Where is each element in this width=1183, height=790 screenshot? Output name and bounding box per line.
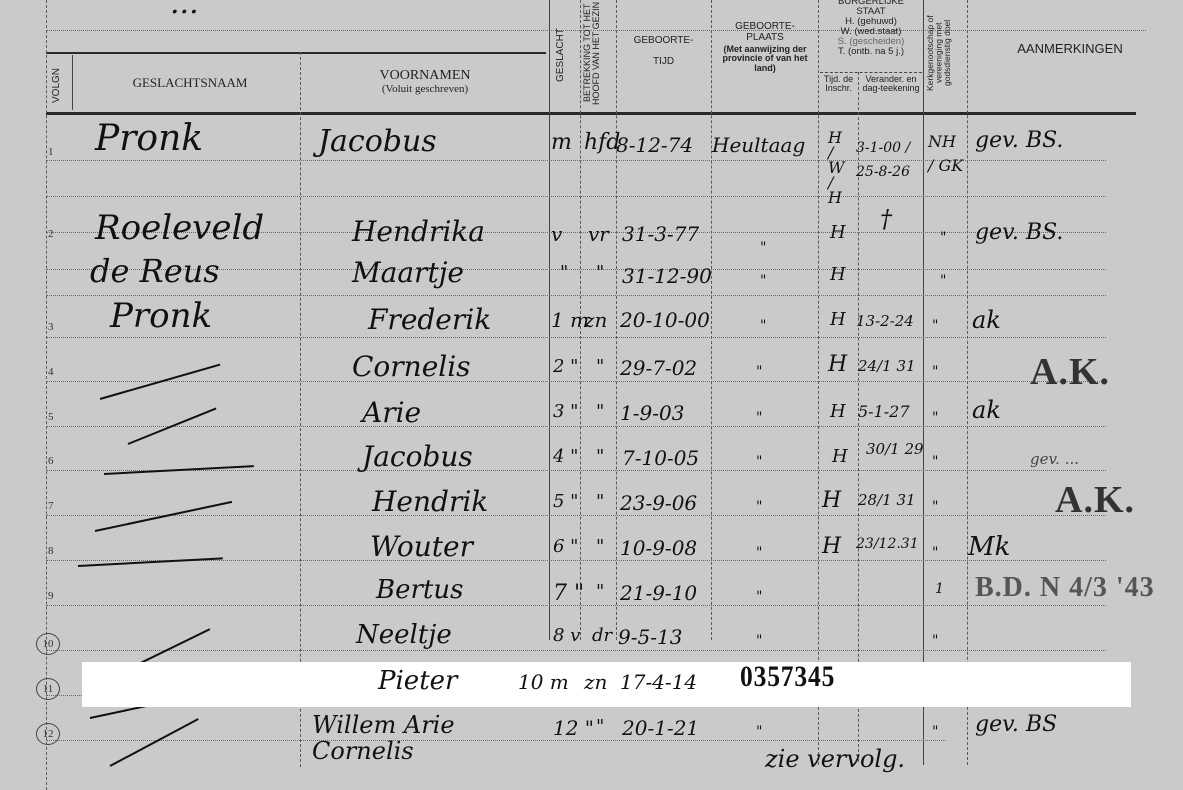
given-name: Jacobus <box>318 124 437 159</box>
col-line-relation <box>616 0 617 640</box>
civil-status-change-struck: † <box>880 205 892 233</box>
row-line <box>46 381 1106 382</box>
surname: de Reus <box>90 252 220 290</box>
relation: " <box>596 581 604 602</box>
col-line-volgn <box>72 55 73 110</box>
sex: 10 m <box>518 670 569 694</box>
birth-place-ditto: " <box>756 589 762 605</box>
ditto-stroke <box>78 557 223 567</box>
sex: 7 " <box>553 581 584 606</box>
header-given-names-sub: (Voluit geschreven) <box>320 84 530 96</box>
civil-status-change: 24/1 31 <box>858 357 916 375</box>
header-birthplace: GEBOORTE- PLAATS (Met aanwijzing der pro… <box>714 22 816 73</box>
given-name: Cornelis <box>352 350 471 383</box>
sex: 3 " <box>553 401 578 422</box>
row-line <box>46 650 1106 651</box>
church-ditto: " <box>932 454 938 470</box>
remarks: ak <box>972 396 1001 424</box>
header-sex: GESLACHT <box>556 20 566 90</box>
header-birthplace-sub: (Met aanwijzing der provincie of van het… <box>714 45 816 73</box>
row-number: 9 <box>48 590 54 602</box>
birth-place-ditto: " <box>756 499 762 515</box>
civil-status-change: 30/1 29 <box>866 440 924 458</box>
header-volgn: VOLGN <box>52 62 62 108</box>
birth-date: 21-9-10 <box>620 581 697 605</box>
given-name: Maartje <box>352 256 464 289</box>
church-ditto: " <box>932 724 938 740</box>
relation: " <box>596 716 604 737</box>
remarks: gev. BS. <box>975 220 1063 245</box>
row-number-circled: 12 <box>36 723 60 745</box>
row-number-circled: 10 <box>36 633 60 655</box>
church: 1 <box>935 581 944 597</box>
birth-date: 23-9-06 <box>620 491 697 515</box>
sex: v <box>551 222 562 246</box>
civil-status: H / W / H <box>828 130 852 205</box>
birth-place-ditto: " <box>760 240 766 256</box>
given-name: Bertus <box>376 575 463 605</box>
sex: 5 " <box>553 491 578 512</box>
row-line <box>46 515 1106 516</box>
civil-status: H <box>828 352 847 377</box>
church-ditto: " <box>932 499 938 515</box>
row-number: 6 <box>48 455 54 467</box>
header-birthdate-1: GEBOORTE- <box>616 36 711 47</box>
civil-status-change: 5-1-27 <box>858 402 910 421</box>
header-birthplace-2: PLAATS <box>714 33 816 44</box>
civil-status: H <box>832 446 848 467</box>
row-number: 7 <box>48 500 54 512</box>
stamp-bd: B.D. N 4/3 '43 <box>975 572 1155 604</box>
relation: zn <box>584 308 607 332</box>
church-ditto: " <box>932 545 938 561</box>
relation: dr <box>592 625 612 646</box>
remarks: ak <box>972 306 1001 334</box>
birth-place-ditto: " <box>760 318 766 334</box>
remarks: Mk <box>968 532 1010 562</box>
birth-date: 10-9-08 <box>620 536 697 560</box>
birth-place-ditto: " <box>756 724 762 740</box>
header-birthdate-2: TIJD <box>616 57 711 68</box>
sex: 6 " <box>553 536 578 557</box>
record-id: 0357345 <box>740 660 835 694</box>
remarks: gev. BS <box>975 712 1057 737</box>
sex: " <box>560 262 568 283</box>
given-name: Wouter <box>370 530 473 563</box>
birth-date: 31-3-77 <box>622 222 699 246</box>
birth-date: 29-7-02 <box>620 356 697 380</box>
given-name: Frederik <box>368 303 491 336</box>
header-remarks: AANMERKINGEN <box>970 42 1170 56</box>
surname: Roeleveld <box>95 208 264 248</box>
civil-status-change: 3-1-00 / 25-8-26 <box>856 136 926 184</box>
given-name: Neeltje <box>356 620 452 650</box>
civil-status-change: 28/1 31 <box>858 491 916 509</box>
row-line <box>46 470 1106 471</box>
birth-place: Heultaag <box>712 133 805 157</box>
given-name: Pieter <box>378 666 457 696</box>
header-church: Kerkgenootschap of vereeniging met godsd… <box>926 0 964 106</box>
ditto-stroke <box>110 718 199 767</box>
church-ditto: " <box>932 633 938 649</box>
row-number: 2 <box>48 228 54 240</box>
row-number-circled: 11 <box>36 678 60 700</box>
birth-date: 17-4-14 <box>620 670 697 694</box>
ditto-stroke <box>95 501 232 532</box>
header-given-names: VOORNAMEN (Voluit geschreven) <box>320 69 530 95</box>
row-number: 8 <box>48 545 54 557</box>
relation: " <box>596 491 604 512</box>
civil-status: H <box>822 488 841 513</box>
civil-status: H <box>830 222 846 243</box>
civil-status: H <box>830 309 846 330</box>
birth-date: 20-1-21 <box>622 716 699 740</box>
given-name: Hendrika <box>352 215 485 248</box>
header-birthdate: GEBOORTE- TIJD <box>616 36 711 67</box>
stamp-ak: A.K. <box>1030 350 1110 394</box>
sex: m <box>551 130 572 155</box>
row-number: 5 <box>48 411 54 423</box>
col-line-given <box>549 0 550 640</box>
header-bottom-rule <box>46 112 1136 115</box>
civil-status: H <box>830 401 846 422</box>
row-line <box>46 426 1106 427</box>
header-bs-tijd: Tijd. de Inschr. <box>820 75 857 94</box>
church: NH / GK <box>928 130 966 178</box>
remarks: gev. BS. <box>975 128 1063 153</box>
relation: " <box>596 262 604 283</box>
birth-date: 9-5-13 <box>618 625 682 649</box>
header-civil-status: BURGERLIJKE STAAT H. (gehuwd) W. (wed.st… <box>820 0 922 57</box>
remarks: gev. ... <box>1030 450 1079 468</box>
church-ditto: " <box>940 273 946 289</box>
row-number: 4 <box>48 366 54 378</box>
birth-place-ditto: " <box>756 633 762 649</box>
church-ditto: " <box>932 364 938 380</box>
relation: " <box>596 536 604 557</box>
header-bs-verander: Verander. en dag-teekening <box>860 75 922 94</box>
header-handwriting: ... <box>170 0 199 21</box>
birth-date: 1-9-03 <box>620 401 684 425</box>
birth-place-ditto: " <box>756 364 762 380</box>
civil-status: H <box>822 534 841 559</box>
relation: " <box>596 356 604 377</box>
given-name: Jacobus <box>362 440 473 473</box>
civil-status: H <box>830 264 846 285</box>
header-rule <box>46 52 546 54</box>
birth-date: 7-10-05 <box>622 446 699 470</box>
birth-place-ditto: " <box>760 273 766 289</box>
relation: " <box>596 401 604 422</box>
margin-line <box>46 0 47 790</box>
sex: 4 " <box>553 446 578 467</box>
birth-date: 8-12-74 <box>616 133 693 157</box>
register-sheet: ... VOLGN GESLACHTSNAAM VOORNAMEN (Volui… <box>0 0 1183 790</box>
birth-date: 31-12-90 <box>622 264 712 288</box>
church-ditto: " <box>932 318 938 334</box>
sex: 2 " <box>553 356 578 377</box>
church-ditto: " <box>940 230 946 246</box>
birth-date: 20-10-00 <box>620 308 710 332</box>
header-birthplace-1: GEBOORTE- <box>714 22 816 33</box>
given-name: Hendrik <box>372 485 488 518</box>
relation: " <box>596 446 604 467</box>
col-line-birthdate <box>711 0 712 640</box>
row-line <box>46 337 1106 338</box>
relation: zn <box>584 670 607 694</box>
given-name: Arie <box>362 396 421 429</box>
civil-status-change: 13-2-24 <box>856 312 914 330</box>
relation: vr <box>588 222 609 246</box>
birth-place-ditto: " <box>756 454 762 470</box>
footer-note: zie vervolg. <box>765 745 905 773</box>
birth-place-ditto: " <box>756 545 762 561</box>
header-given-names-label: VOORNAMEN <box>320 69 530 84</box>
surname: Pronk <box>95 118 203 159</box>
row-line <box>46 196 1106 197</box>
given-name: Willem Arie Cornelis <box>312 712 542 764</box>
remarks-bd: B.D. N 4/3 '43 <box>975 572 1155 603</box>
civil-status-change: 23/12.31 <box>856 536 919 552</box>
stamp-ak: A.K. <box>1055 478 1135 522</box>
relation: hfd <box>584 130 620 155</box>
surname: Pronk <box>110 296 212 336</box>
birth-place-ditto: " <box>756 410 762 426</box>
sex: 12 " <box>553 716 594 740</box>
header-surname: GESLACHTSNAAM <box>110 76 270 90</box>
row-number: 1 <box>48 146 54 158</box>
header-bs-t: T. (ontb. na 5 j.) <box>820 47 922 57</box>
bs-divider <box>820 72 922 73</box>
sex: 8 v <box>553 625 580 646</box>
church-ditto: " <box>932 410 938 426</box>
row-number: 3 <box>48 321 54 333</box>
header-relation: BETREKKING TOT HET HOOFD VAN HET GEZIN <box>583 0 613 106</box>
